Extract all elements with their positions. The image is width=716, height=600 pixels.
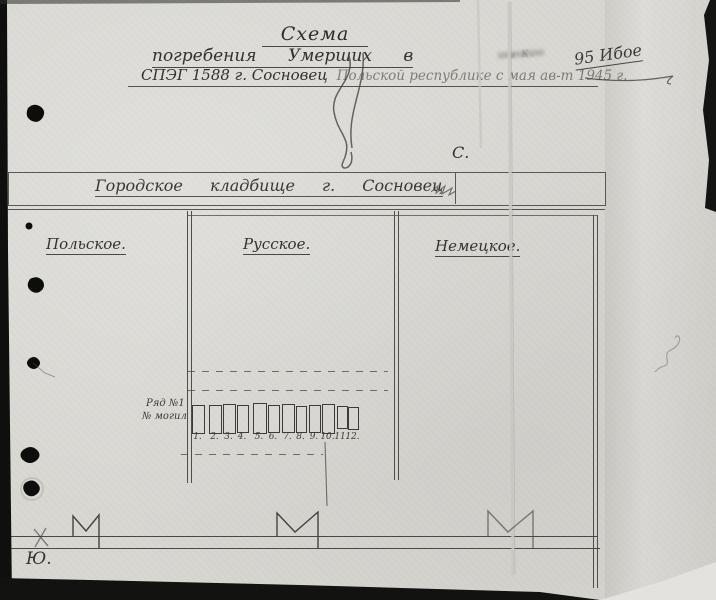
- grave-plot: [296, 406, 307, 433]
- grave-plot: [337, 406, 348, 429]
- grave-plot: [268, 405, 280, 433]
- grave-plot: [309, 405, 321, 433]
- grave-plot: [192, 405, 205, 434]
- grave-plot: [348, 407, 359, 430]
- scanned-document: Схема погребения Умерших в СПЭГ 1588 г. …: [0, 0, 716, 600]
- grave-row: 1.2.3.4.5.6.7.8.9.10.11.12.: [0, 0, 716, 600]
- grave-number: 1.: [189, 432, 207, 442]
- grave-plot: [223, 404, 236, 434]
- grave-plot: [322, 404, 335, 434]
- boundary-wall-inner-line: [8, 548, 600, 549]
- grave-number: 4.: [233, 432, 251, 442]
- grave-plot: [282, 404, 295, 433]
- grave-number: 12.: [344, 432, 362, 442]
- grave-plot: [237, 405, 249, 433]
- boundary-wall-outer-line: [8, 536, 598, 537]
- grave-plot: [253, 403, 267, 434]
- grave-plot: [209, 405, 222, 434]
